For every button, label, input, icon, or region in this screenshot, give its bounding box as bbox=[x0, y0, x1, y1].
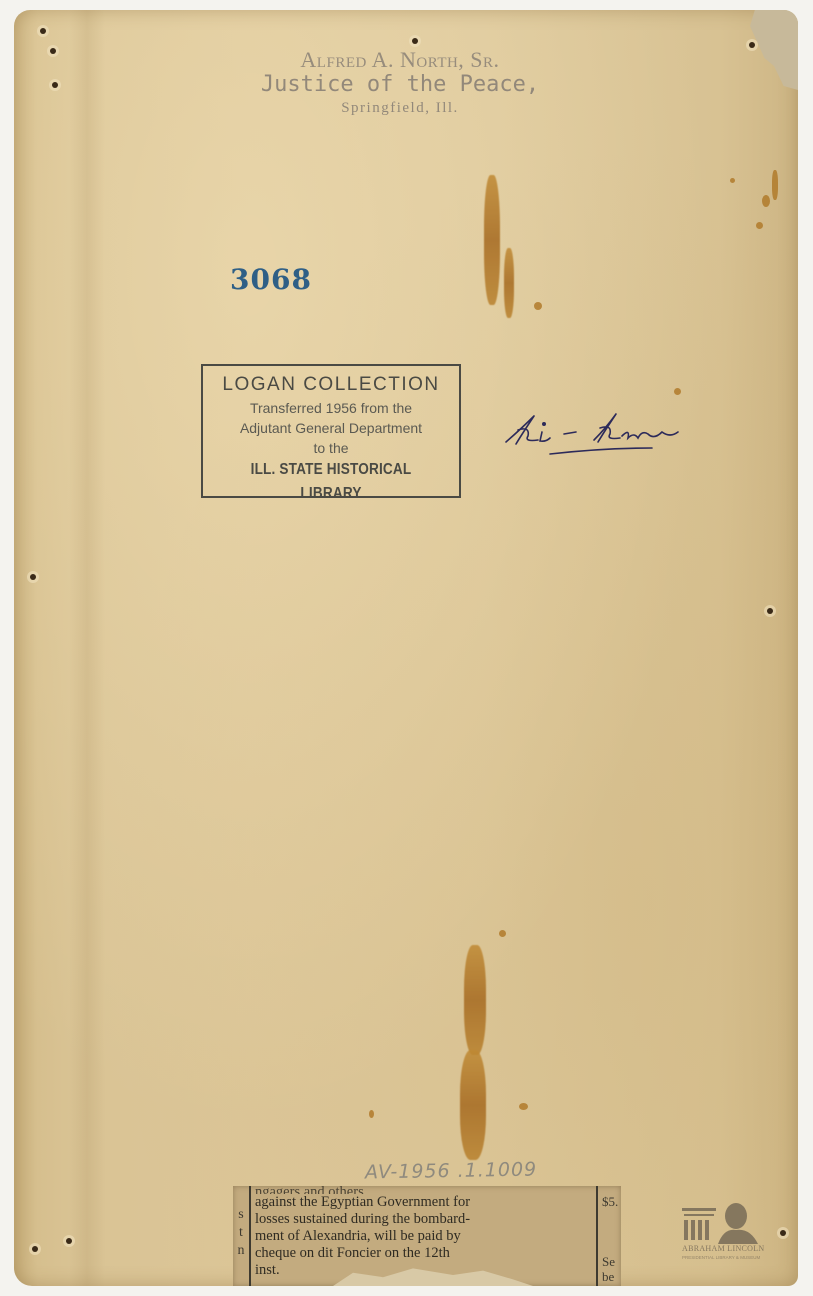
rust-spot bbox=[730, 178, 735, 183]
card-mount-back bbox=[14, 10, 798, 1286]
clip-fragment bbox=[602, 1209, 621, 1224]
rust-spot bbox=[519, 1103, 528, 1110]
clipping-right-column: $5. Se be bbox=[596, 1186, 621, 1286]
stamp-heading: LOGAN COLLECTION bbox=[203, 372, 459, 398]
rust-spot bbox=[772, 170, 778, 200]
rust-stain bbox=[464, 945, 486, 1055]
pin-hole bbox=[767, 608, 773, 614]
clip-fragment: t bbox=[233, 1224, 249, 1242]
stamp-name: Alfred A. North, Sr. bbox=[230, 48, 570, 72]
rust-spot bbox=[369, 1110, 374, 1118]
justice-of-peace-stamp: Alfred A. North, Sr. Justice of the Peac… bbox=[230, 48, 570, 118]
newspaper-clipping: s t n ngagers and others against the Egy… bbox=[233, 1186, 621, 1286]
library-watermark-logo: ABRAHAM LINCOLN PRESIDENTIAL LIBRARY & M… bbox=[680, 1198, 775, 1268]
rust-stain bbox=[460, 1050, 486, 1160]
pin-hole bbox=[40, 28, 46, 34]
torn-corner bbox=[750, 10, 798, 90]
pin-hole bbox=[66, 1238, 72, 1244]
watermark-subtitle: PRESIDENTIAL LIBRARY & MUSEUM bbox=[682, 1255, 760, 1260]
rust-spot bbox=[762, 195, 770, 207]
stamp-line: Adjutant General Department bbox=[203, 418, 459, 438]
pin-hole bbox=[780, 1230, 786, 1236]
stamp-library-name: ILL. STATE HISTORICAL LIBRARY bbox=[222, 458, 440, 506]
stamp-title: Justice of the Peace, bbox=[230, 72, 570, 98]
pin-hole bbox=[749, 42, 755, 48]
rust-spot bbox=[499, 930, 506, 937]
pin-hole bbox=[52, 82, 58, 88]
stamp-line: to the bbox=[203, 438, 459, 458]
rust-spot bbox=[674, 388, 681, 395]
clipping-left-column: s t n bbox=[233, 1186, 251, 1286]
watermark-title: ABRAHAM LINCOLN bbox=[682, 1244, 765, 1253]
rust-stain bbox=[484, 175, 500, 305]
clip-line: ment of Alexandria, will be paid by bbox=[255, 1228, 590, 1245]
clip-fragment bbox=[602, 1239, 621, 1254]
stamp-line: Transferred 1956 from the bbox=[203, 398, 459, 418]
clip-line: losses sustained during the bombard- bbox=[255, 1211, 590, 1228]
clip-line: ngagers and others bbox=[255, 1186, 590, 1194]
clip-fragment bbox=[602, 1224, 621, 1239]
logan-collection-stamp: LOGAN COLLECTION Transferred 1956 from t… bbox=[201, 364, 461, 498]
pin-hole bbox=[32, 1246, 38, 1252]
clip-fragment: s bbox=[233, 1206, 249, 1224]
clip-fragment: be bbox=[602, 1269, 621, 1284]
stamp-city: Springfield, Ill. bbox=[230, 98, 570, 118]
clip-line: cheque on dit Foncier on the 12th bbox=[255, 1245, 590, 1262]
pin-hole bbox=[50, 48, 56, 54]
clip-fragment: n bbox=[233, 1242, 249, 1260]
rust-stain bbox=[504, 248, 514, 318]
clip-line: against the Egyptian Government for bbox=[255, 1194, 590, 1211]
handwritten-note bbox=[502, 410, 692, 465]
catalog-number: AV-1956 .1.1009 bbox=[365, 1158, 538, 1183]
clip-fragment: $5. bbox=[602, 1194, 621, 1209]
accession-number: 3068 bbox=[230, 263, 312, 296]
rust-spot bbox=[756, 222, 763, 229]
clip-fragment: Se bbox=[602, 1254, 621, 1269]
rust-spot bbox=[534, 302, 542, 310]
pin-hole bbox=[30, 574, 36, 580]
pin-hole bbox=[412, 38, 418, 44]
lincoln-portrait-icon bbox=[680, 1198, 775, 1244]
